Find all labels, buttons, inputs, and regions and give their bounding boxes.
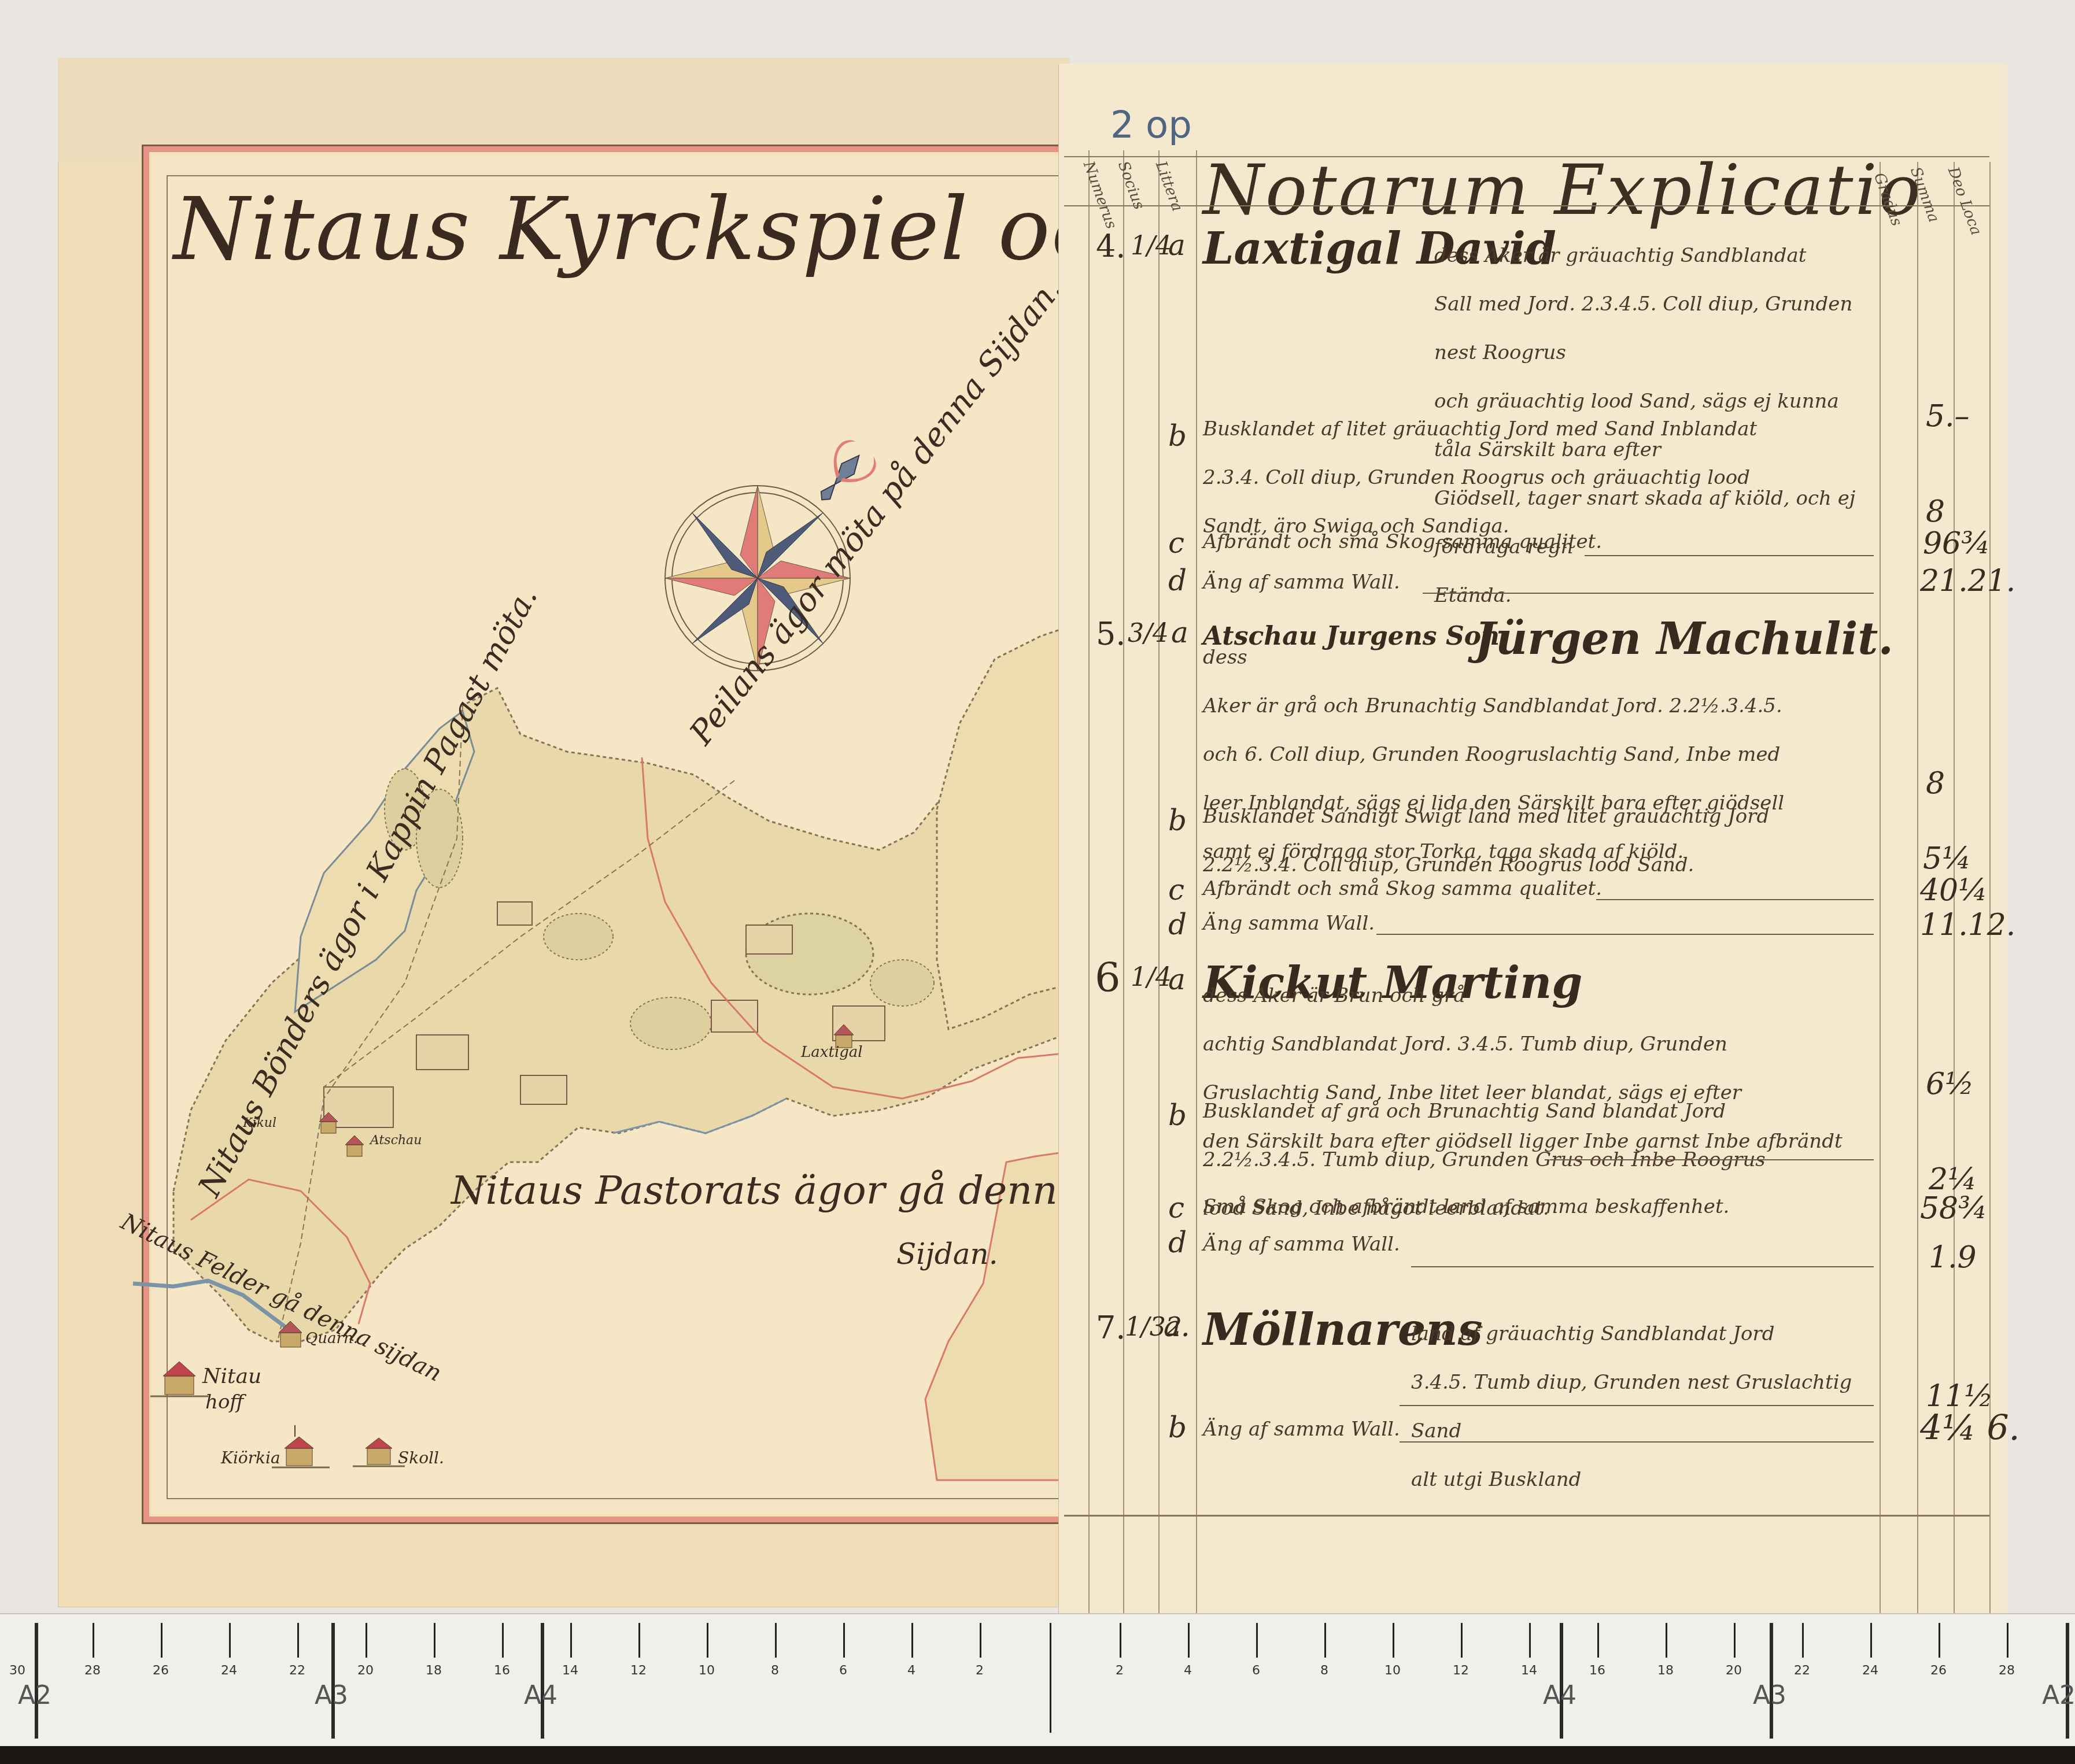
- item-rule: [1585, 555, 1874, 556]
- ruler-tick: [365, 1623, 367, 1658]
- column-rule: [1917, 162, 1918, 1613]
- ruler-tick: [843, 1623, 845, 1658]
- label-manor: Nitau: [202, 1364, 261, 1388]
- entry-number: 7.: [1096, 1310, 1126, 1346]
- item-description: Äng af samma Wall.: [1203, 1220, 1874, 1269]
- ruler-number: 2: [1116, 1663, 1124, 1678]
- item-value: 40¼: [1920, 873, 1988, 908]
- ruler-number: 14: [562, 1663, 578, 1678]
- ruler-number: 20: [1726, 1663, 1742, 1678]
- item-letter: b: [1168, 804, 1187, 837]
- entry-share: 1/4: [1131, 231, 1172, 261]
- ruler-tick: [93, 1623, 94, 1658]
- ruler-number: 2: [976, 1663, 984, 1678]
- ruler-tick: [638, 1623, 640, 1658]
- ruler-tick: [911, 1623, 913, 1658]
- label-farm-atschau: Atschau: [370, 1133, 422, 1148]
- ruler-tick: [980, 1623, 981, 1658]
- item-value: 8: [1926, 494, 1945, 529]
- ruler-tick: [1120, 1623, 1121, 1658]
- manor-building: [150, 1362, 208, 1396]
- item-value: 11.12.: [1920, 908, 2015, 942]
- ruler-tick: [229, 1623, 231, 1658]
- ruler-number: 22: [1794, 1663, 1810, 1678]
- item-value: 21.21.: [1920, 564, 2015, 598]
- ruler-number: 24: [1862, 1663, 1878, 1678]
- ruler-number: 12: [1453, 1663, 1469, 1678]
- ruler-number: 6: [1252, 1663, 1260, 1678]
- item-letter: b: [1168, 1411, 1187, 1444]
- ruler-tick: [1870, 1623, 1872, 1658]
- item-rule: [1400, 1441, 1874, 1443]
- item-letter: d: [1168, 1226, 1187, 1259]
- ruler-tick: [1939, 1623, 1940, 1658]
- label-pastorate-line2: Sijdan.: [896, 1237, 998, 1271]
- item-description: Äng samma Wall.: [1203, 899, 1874, 948]
- item-value: 5.–: [1926, 399, 1970, 434]
- item-letter: a: [1171, 616, 1188, 649]
- ruler-number: 8: [771, 1663, 779, 1678]
- ruler-number: 8: [1320, 1663, 1328, 1678]
- item-letter: a.: [1164, 1310, 1190, 1343]
- label-farm-laxtigal: Laxtigal: [801, 1044, 863, 1061]
- paper-size-label: A3: [1753, 1681, 1786, 1710]
- item-description: Äng af samma Wall.: [1203, 1405, 1874, 1454]
- ruler-number: 4: [907, 1663, 915, 1678]
- paper-size-label: A3: [315, 1681, 348, 1710]
- ruler-number: 16: [1589, 1663, 1605, 1678]
- ruler-tick: [1529, 1623, 1531, 1658]
- ruler-tick: [1188, 1623, 1190, 1658]
- label-pastorate: Nitaus Pastorats ägor gå denna: [451, 1168, 1081, 1214]
- ruler-number: 14: [1521, 1663, 1537, 1678]
- paper-size-label: A2: [2042, 1681, 2075, 1710]
- pencil-page-mark: 2 op: [1110, 104, 1192, 147]
- ruler-number: 20: [357, 1663, 374, 1678]
- item-value: 1.9: [1929, 1240, 1977, 1275]
- ruler-center-tick: [1050, 1623, 1051, 1733]
- item-rule: [1411, 1266, 1874, 1267]
- column-rule: [1158, 150, 1160, 1613]
- ruler-tick: [775, 1623, 777, 1658]
- item-value: 4¼ 6.: [1920, 1408, 2020, 1448]
- meadow: [870, 960, 934, 1006]
- ruler-number: 26: [1930, 1663, 1947, 1678]
- item-value: 6½: [1926, 1067, 1974, 1101]
- ruler-number: 10: [699, 1663, 715, 1678]
- ruler-tick: [161, 1623, 163, 1658]
- ruler-tick: [1666, 1623, 1667, 1658]
- ruler-tick: [1256, 1623, 1258, 1658]
- item-rule: [1423, 593, 1874, 594]
- ruler-number: 12: [630, 1663, 647, 1678]
- ruler-tick: [434, 1623, 435, 1658]
- item-letter: c: [1168, 526, 1184, 560]
- item-value: 96¾: [1923, 526, 1991, 561]
- paper-size-label: A4: [524, 1681, 557, 1710]
- item-description: Äng af samma Wall.: [1203, 558, 1874, 607]
- item-letter: a: [1168, 228, 1186, 262]
- estate-map-drawing: [0, 0, 1076, 1561]
- item-value: 58¾: [1920, 1191, 1988, 1226]
- header-top-rule: [1064, 156, 1989, 157]
- ruler-number: 18: [426, 1663, 442, 1678]
- column-rule: [1880, 162, 1881, 1613]
- entry-number: 4.: [1096, 228, 1126, 265]
- school-building: [353, 1438, 405, 1466]
- meadow: [630, 997, 711, 1049]
- ruler-tick: [1597, 1623, 1599, 1658]
- ruler-number: 28: [1999, 1663, 2015, 1678]
- item-letter: d: [1168, 564, 1187, 597]
- item-letter: d: [1168, 908, 1187, 941]
- scanner-edge: [0, 1746, 2075, 1764]
- entry-number: 6: [1095, 954, 1121, 1001]
- label-manor-line2: hoff: [205, 1391, 243, 1414]
- paper-size-label: A2: [18, 1681, 51, 1710]
- meadow: [544, 914, 613, 960]
- ruler-tick: [1734, 1623, 1736, 1658]
- label-church: Kiörkia: [221, 1448, 280, 1467]
- ruler-number: 26: [153, 1663, 169, 1678]
- column-rule: [1088, 150, 1090, 1613]
- item-letter: c: [1168, 1191, 1184, 1225]
- ruler-number: 6: [839, 1663, 847, 1678]
- column-rule: [1196, 150, 1197, 1613]
- item-value: 8: [1926, 766, 1945, 801]
- ruler-tick: [1324, 1623, 1326, 1658]
- column-rule: [1123, 150, 1124, 1613]
- ruler-number: 24: [221, 1663, 237, 1678]
- item-letter: c: [1168, 873, 1184, 907]
- church-building: [272, 1425, 330, 1467]
- item-letter: a: [1168, 963, 1186, 996]
- item-rule: [1376, 934, 1874, 935]
- ruler-number: 30: [9, 1663, 25, 1678]
- item-rule: [1550, 1159, 1874, 1160]
- ruler-number: 16: [494, 1663, 510, 1678]
- item-letter: b: [1168, 1099, 1187, 1132]
- paper-size-label: A4: [1543, 1681, 1576, 1710]
- scale-ruler: 30 28 26 24 22 20 18 16 14 12 10 8 6 4 2…: [0, 1613, 2075, 1747]
- ruler-tick: [2007, 1623, 2008, 1658]
- ruler-tick: [1802, 1623, 1804, 1658]
- ruler-number: 22: [289, 1663, 305, 1678]
- ruler-tick: [297, 1623, 299, 1658]
- ruler-number: 18: [1657, 1663, 1674, 1678]
- entry-share: 3/4: [1128, 619, 1169, 648]
- entry-number: 5.: [1096, 616, 1126, 652]
- ruler-tick: [1461, 1623, 1463, 1658]
- ruler-tick: [707, 1623, 708, 1658]
- ruler-tick: [1393, 1623, 1394, 1658]
- ruler-number: 28: [84, 1663, 101, 1678]
- label-mill: Quarn.: [305, 1330, 358, 1347]
- label-farm-kikul: Kikul: [243, 1116, 276, 1130]
- ruler-tick: [570, 1623, 572, 1658]
- item-value: 5¼: [1923, 841, 1971, 876]
- label-school: Skoll.: [398, 1448, 444, 1467]
- footer-rule: [1064, 1515, 1989, 1517]
- header-bottom-rule: [1064, 205, 1989, 206]
- ledger-title: Notarum Explicatio: [1203, 150, 1922, 231]
- land-parcel-east: [937, 624, 1076, 1029]
- entry-share: 1/4: [1131, 963, 1172, 992]
- ruler-number: 10: [1384, 1663, 1401, 1678]
- item-letter: b: [1168, 419, 1187, 453]
- ruler-number: 4: [1184, 1663, 1192, 1678]
- ruler-tick: [502, 1623, 504, 1658]
